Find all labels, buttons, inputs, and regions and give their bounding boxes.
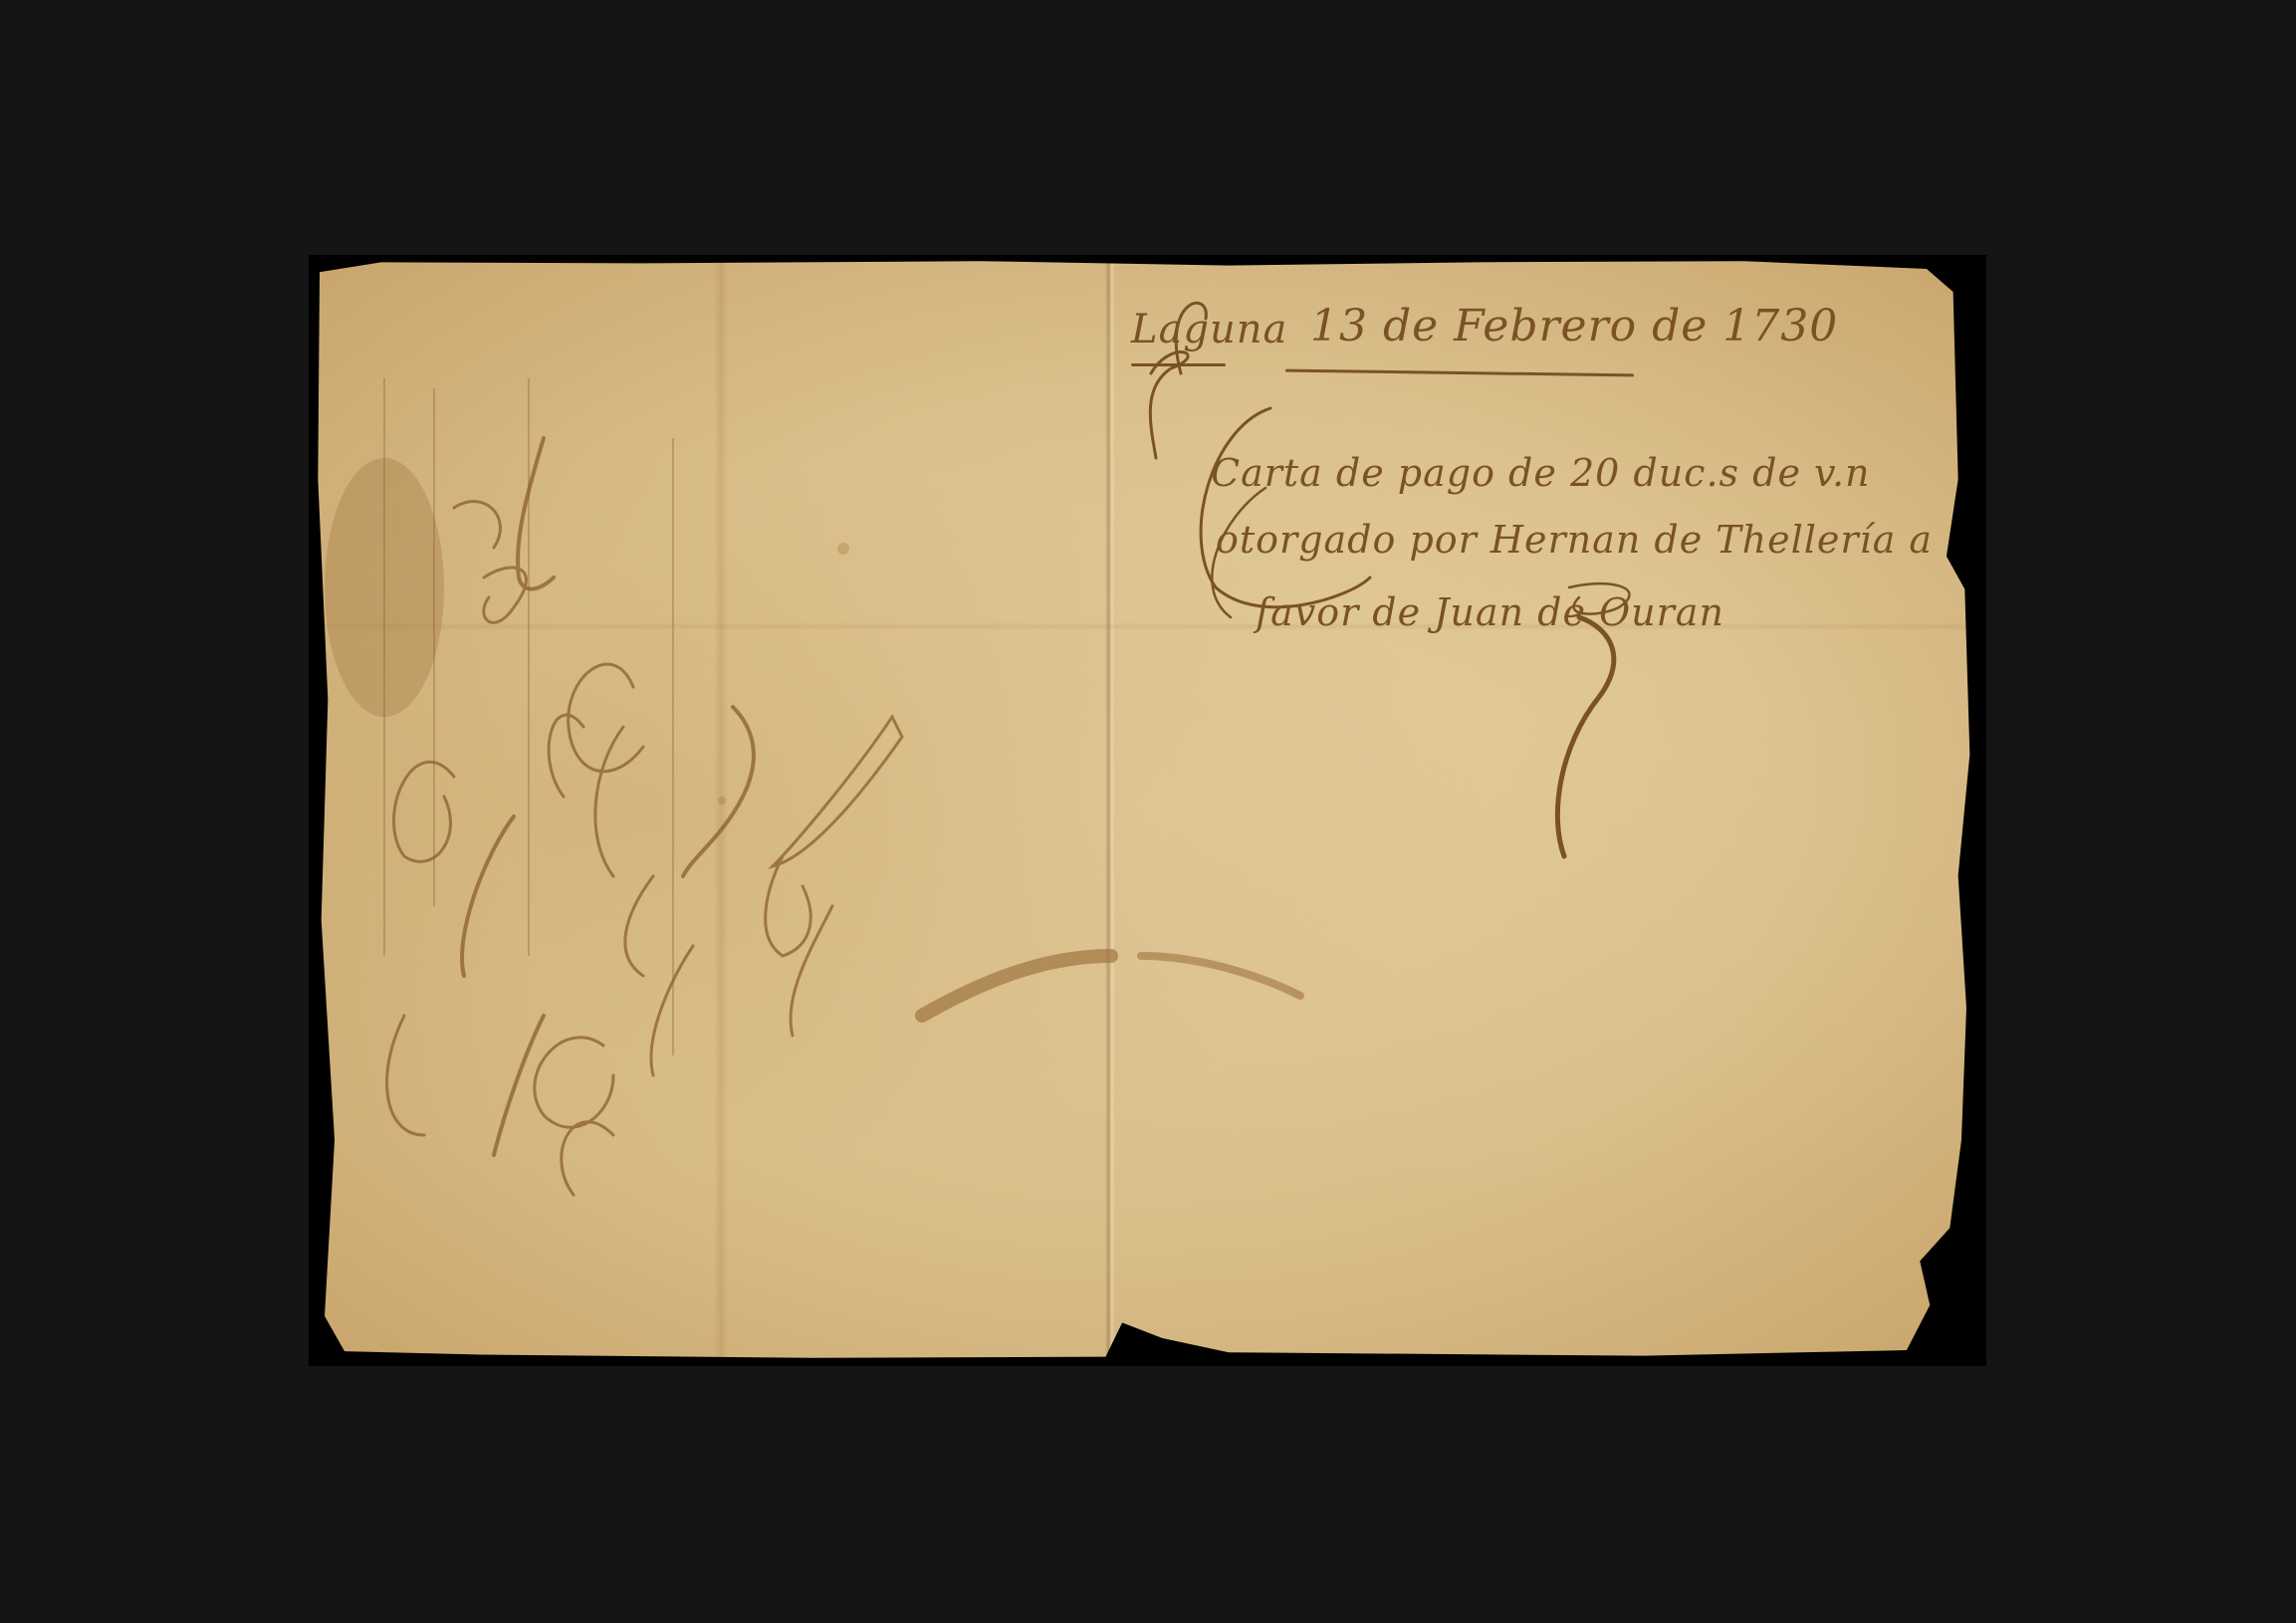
body-line-2: otorgado por Hernan de Thellería a — [1216, 518, 1933, 562]
left-page-bleed-through-script — [315, 259, 1976, 1360]
document-scan: Laguna 13 de Febrero de 1730 Carta de pa… — [309, 255, 1986, 1366]
body-line-3: favor de Juan de Ouran — [1256, 590, 1724, 634]
place-underline — [1131, 363, 1226, 366]
header-place: Laguna — [1131, 307, 1287, 352]
paper-sheet: Laguna 13 de Febrero de 1730 Carta de pa… — [315, 259, 1976, 1360]
header-date: 13 de Febrero de 1730 — [1310, 301, 1838, 351]
body-line-1: Carta de pago de 20 duc.s de v.n — [1211, 451, 1871, 495]
